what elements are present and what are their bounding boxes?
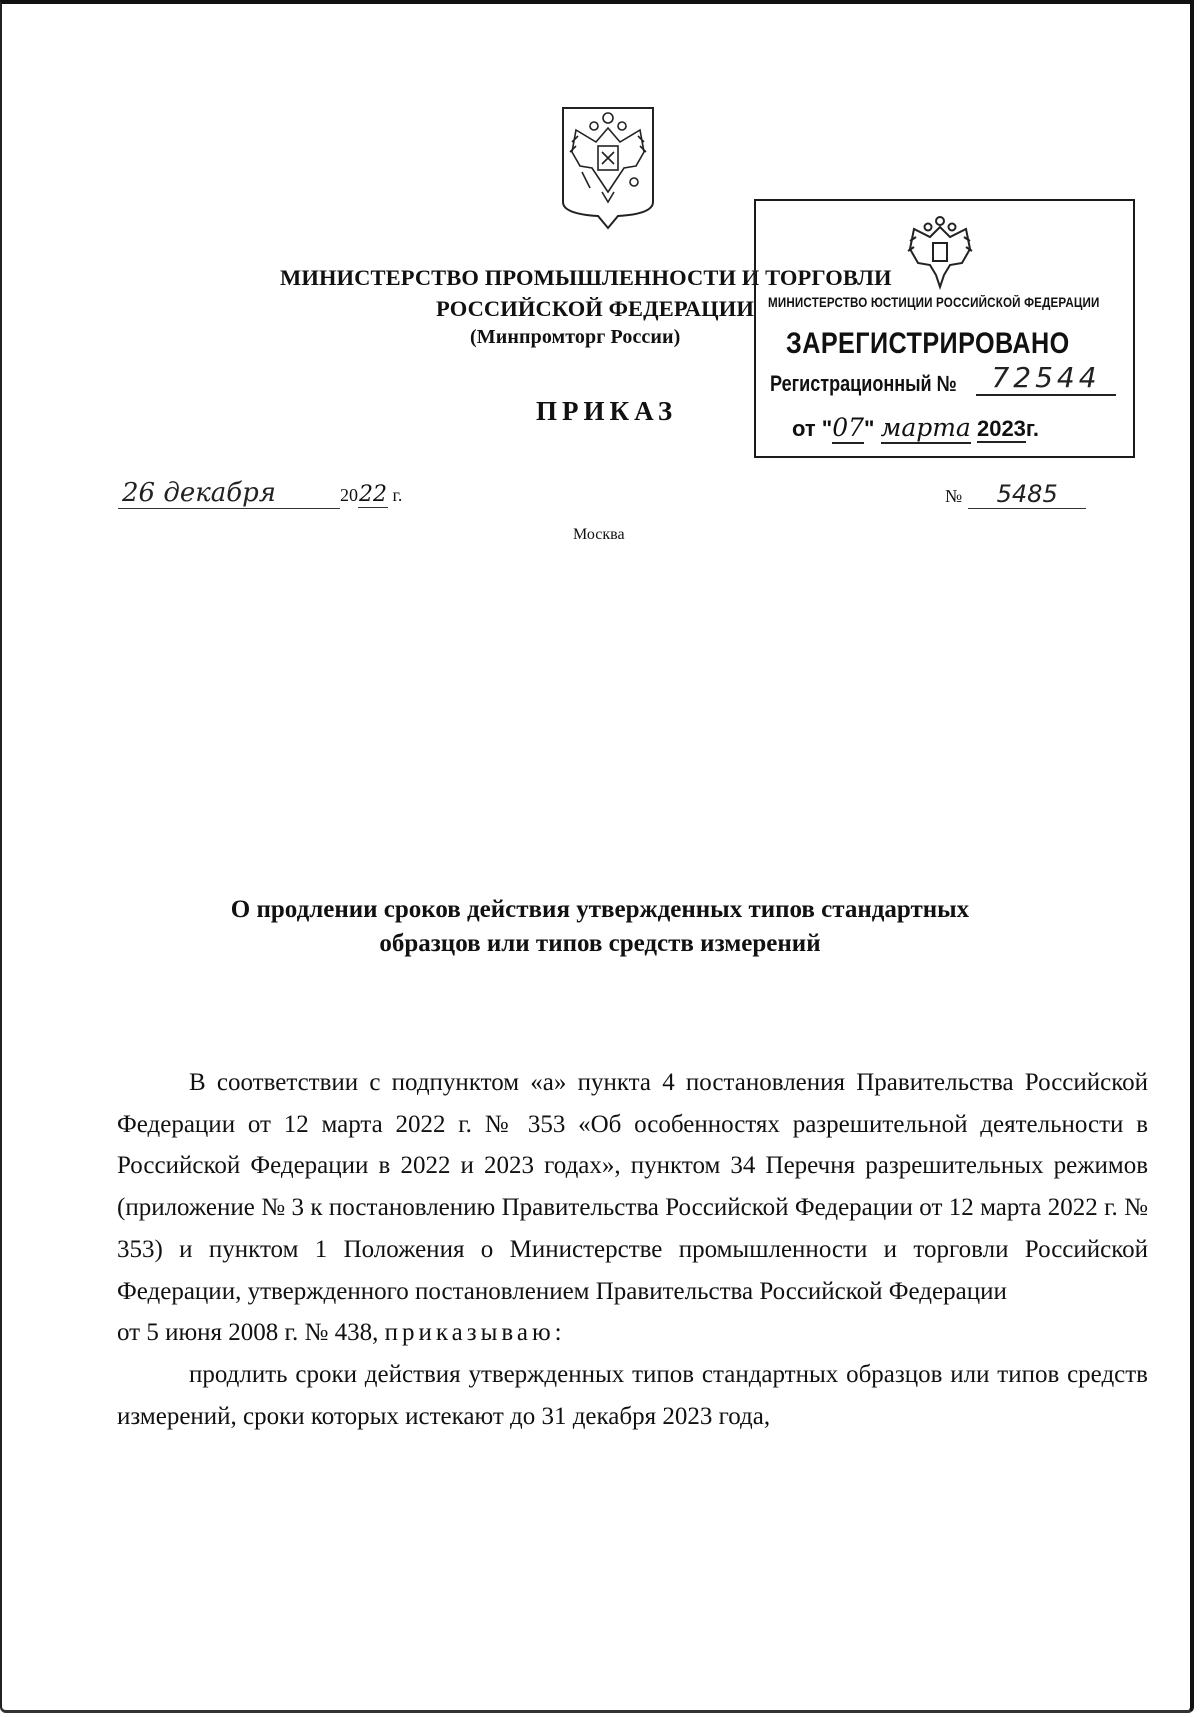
order-year-suffix: г. [393, 485, 403, 505]
order-year-handwritten: 22 [358, 482, 388, 508]
body-paragraph-1: В соответствии с подпунктом «а» пункта 4… [117, 1062, 1148, 1312]
stamp-date-day: 07 [832, 413, 864, 444]
stamp-date-month: марта [881, 413, 971, 444]
order-number-handwritten: 5485 [968, 480, 1086, 509]
body-paragraph-1-end: от 5 июня 2008 г. № 438, приказываю: [117, 1312, 1148, 1354]
order-city: Москва [573, 526, 625, 544]
stamp-date-suffix: г. [1026, 416, 1039, 441]
document-body: В соответствии с подпунктом «а» пункта 4… [117, 1062, 1148, 1437]
stamp-date-year: 2023 [977, 416, 1026, 443]
order-number-label: № [945, 486, 962, 506]
stamp-organization: МИНИСТЕРСТВО ЮСТИЦИИ РОССИЙСКОЙ ФЕДЕРАЦИ… [768, 295, 1100, 310]
document-title-line1: О продлении сроков действия утвержденных… [120, 893, 1080, 927]
stamp-coat-of-arms-icon [906, 213, 974, 293]
body-paragraph-2: продлить сроки действия утвержденных тип… [117, 1354, 1148, 1437]
document-kind: ПРИКАЗ [536, 396, 677, 427]
stamp-date-prefix: от " [792, 416, 832, 441]
ministry-short-name: (Минпромторг России) [470, 326, 680, 349]
ministry-name-line2: РОССИЙСКОЙ ФЕДЕРАЦИИ [436, 296, 754, 322]
order-number: №5485 [945, 480, 1086, 509]
document-title-line2: образцов или типов средств измерений [120, 927, 1080, 961]
coat-of-arms-icon [558, 102, 658, 230]
document-title: О продлении сроков действия утвержденных… [120, 893, 1080, 961]
order-date: 26 декабря2022 г. [118, 478, 402, 509]
stamp-reg-label: Регистрационный № [770, 371, 957, 397]
stamp-date: от "07" марта 2023г. [792, 413, 1039, 442]
stamp-reg-number: 72544 [976, 361, 1116, 396]
stamp-title: ЗАРЕГИСТРИРОВАНО [786, 327, 1070, 361]
order-word: приказываю: [385, 1319, 566, 1346]
order-date-handwritten: 26 декабря [118, 478, 340, 509]
order-year-prefix: 20 [340, 485, 358, 505]
stamp-date-quote: " [864, 416, 874, 441]
registration-stamp: МИНИСТЕРСТВО ЮСТИЦИИ РОССИЙСКОЙ ФЕДЕРАЦИ… [754, 199, 1135, 458]
body-paragraph-1-last: от 5 июня 2008 г. № 438, [117, 1319, 385, 1346]
